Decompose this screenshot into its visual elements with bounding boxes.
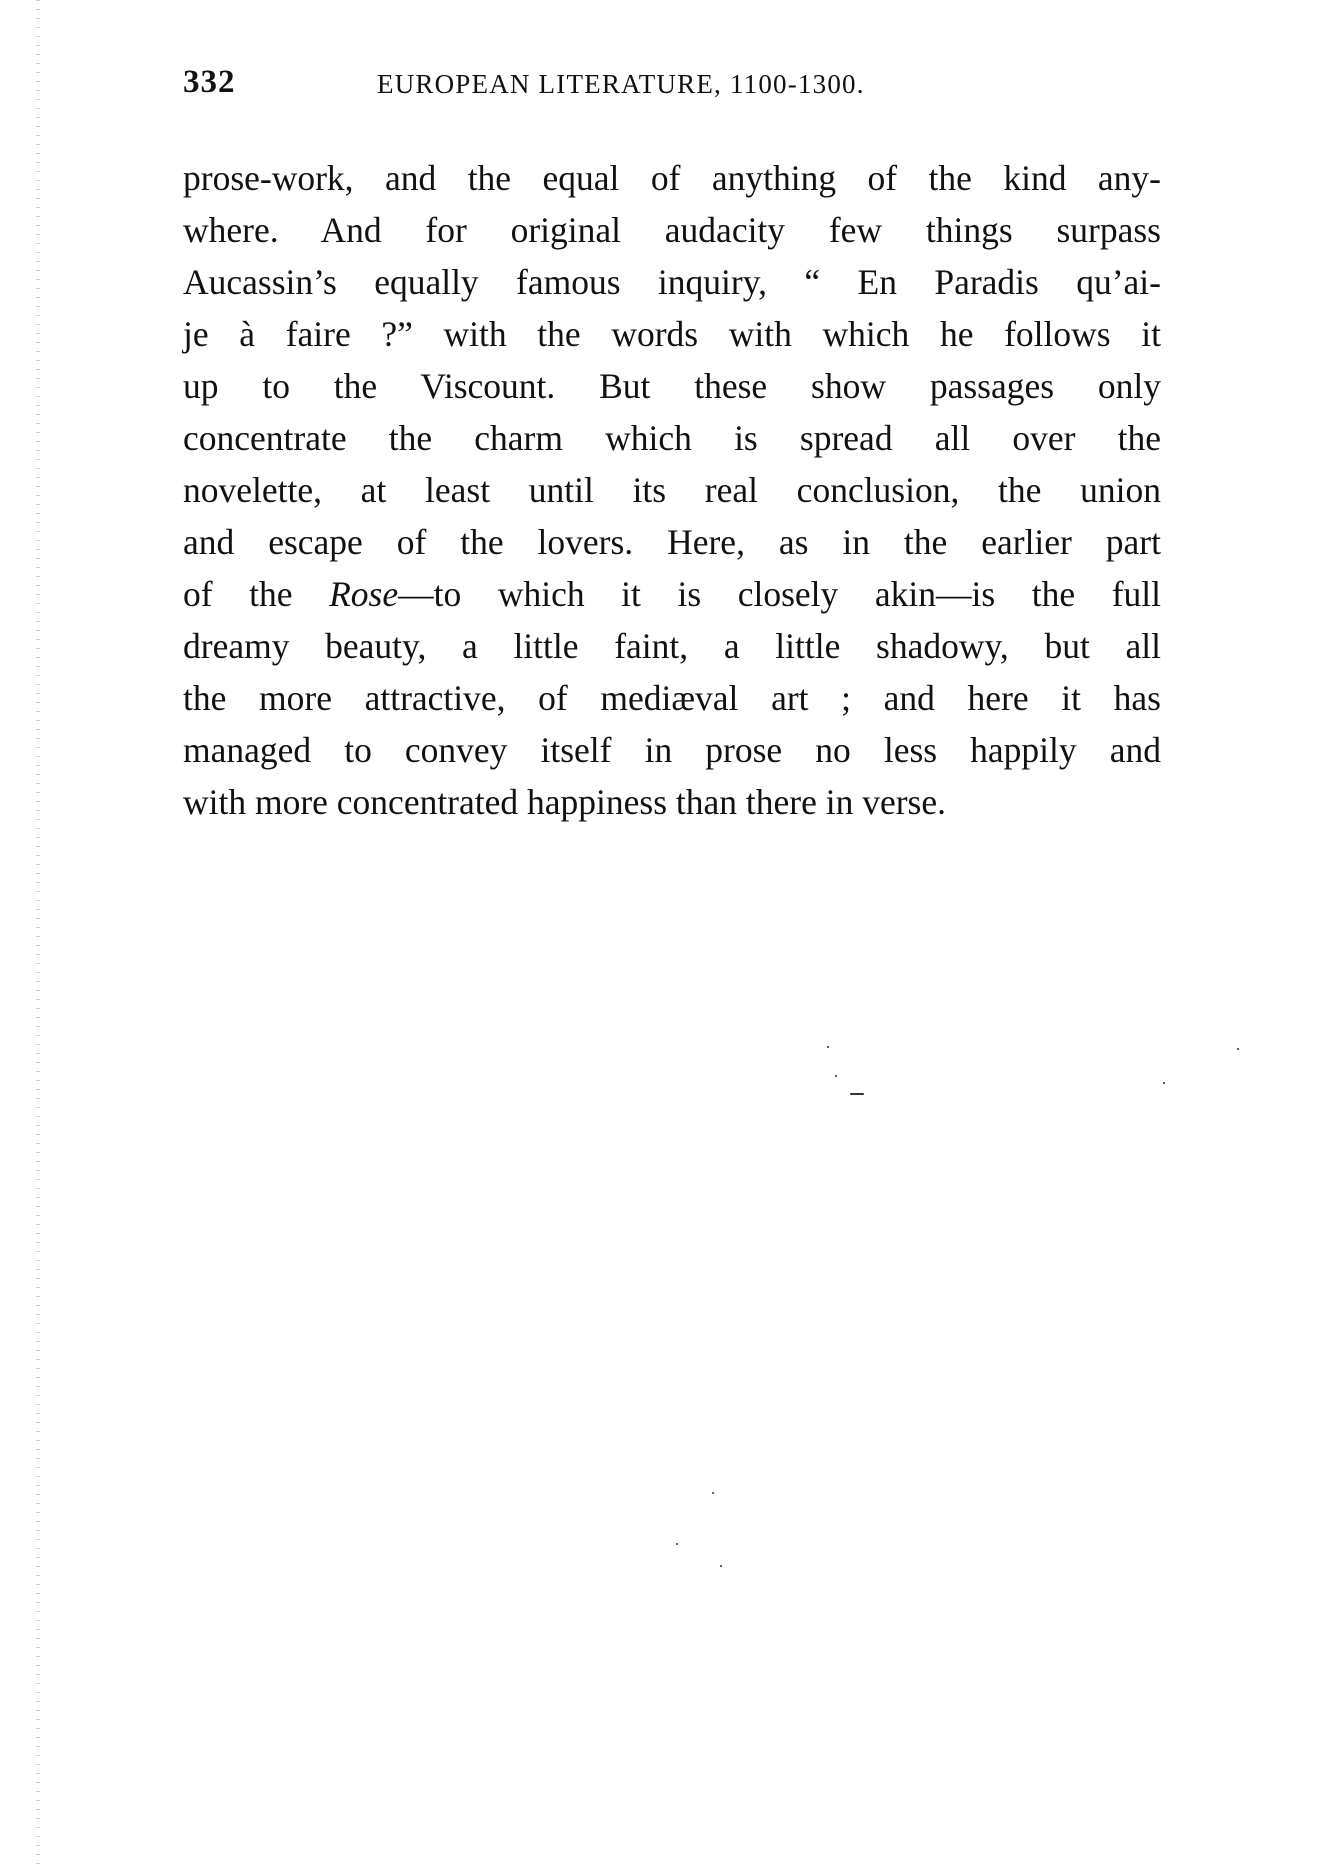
text-segment: of the xyxy=(183,574,329,614)
scan-speck xyxy=(676,1543,678,1545)
text-line: je à faire ?” with the words with which … xyxy=(183,308,1161,360)
text-line: up to the Viscount. But these show passa… xyxy=(183,360,1161,412)
scan-speck xyxy=(850,1093,864,1095)
running-head: 332 EUROPEAN LITERATURE, 1100-1300. xyxy=(183,62,1163,102)
scan-speck xyxy=(835,1075,837,1077)
text-line: novelette, at least until its real concl… xyxy=(183,464,1161,516)
scan-speck xyxy=(1237,1048,1239,1050)
text-line: and escape of the lovers. Here, as in th… xyxy=(183,516,1161,568)
text-line: Aucassin’s equally famous inquiry, “ En … xyxy=(183,256,1161,308)
text-line: prose-work, and the equal of anything of… xyxy=(183,152,1161,204)
text-line: managed to convey itself in prose no les… xyxy=(183,724,1161,776)
text-line: dreamy beauty, a little faint, a little … xyxy=(183,620,1161,672)
text-segment: —to which it is closely akin—is the full xyxy=(398,574,1161,614)
running-title: EUROPEAN LITERATURE, 1100-1300. xyxy=(377,64,865,104)
scan-speck xyxy=(1163,1082,1165,1084)
page-number: 332 xyxy=(183,62,236,102)
body-paragraph: prose-work, and the equal of anything of… xyxy=(183,152,1161,828)
text-line: concentrate the charm which is spread al… xyxy=(183,412,1161,464)
text-line-last: with more concentrated happiness than th… xyxy=(183,776,1161,828)
text-line: of the Rose—to which it is closely akin—… xyxy=(183,568,1161,620)
scan-speck xyxy=(712,1492,714,1494)
scan-margin-artifact xyxy=(36,0,40,1871)
text-line: where. And for original audacity few thi… xyxy=(183,204,1161,256)
scan-speck xyxy=(720,1565,722,1567)
italic-title-rose: Rose xyxy=(329,574,398,614)
scan-speck xyxy=(827,1046,829,1048)
book-page: 332 EUROPEAN LITERATURE, 1100-1300. pros… xyxy=(0,0,1326,1871)
text-line: the more attractive, of mediæval art ; a… xyxy=(183,672,1161,724)
